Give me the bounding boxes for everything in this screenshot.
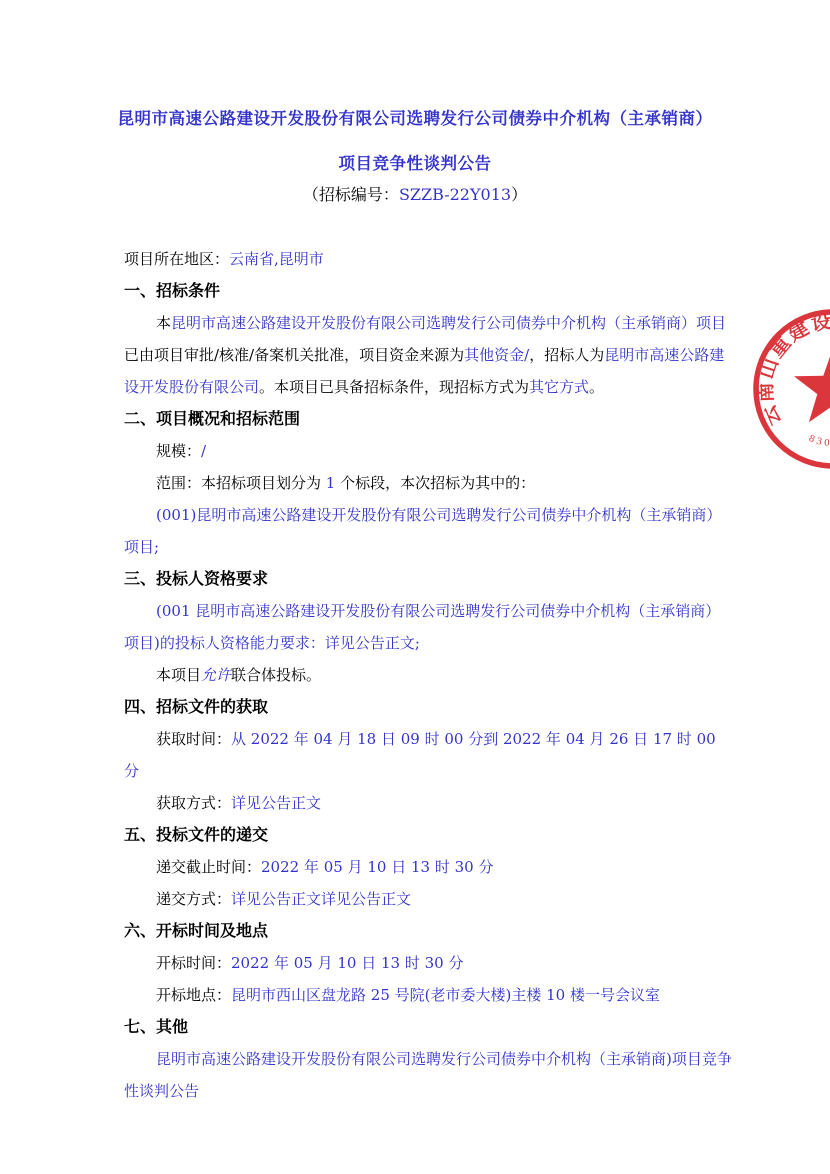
region-label: 项目所在地区： — [124, 250, 229, 268]
jv-prefix: 本项目 — [156, 666, 201, 684]
tender-code-suffix: ） — [511, 185, 527, 204]
lot-description: (001)昆明市高速公路建设开发股份有限公司选聘发行公司债券中介机构（主承销商）… — [124, 499, 732, 563]
submit-deadline-value: 2022 年 05 月 10 日 13 时 30 分 — [261, 858, 493, 876]
section-4-heading: 四、招标文件的获取 — [124, 691, 732, 723]
seal-star-icon — [794, 348, 830, 422]
s1-period: 。 — [589, 378, 604, 396]
section-3-heading: 三、投标人资格要求 — [124, 563, 732, 595]
scale-label: 规模： — [156, 442, 201, 460]
s1-project-name: 昆明市高速公路建设开发股份有限公司选聘发行公司债券中介机构（主承销商）项目 — [171, 314, 726, 332]
joint-venture-line: 本项目允许联合体投标。 — [124, 659, 732, 691]
obtain-method-line: 获取方式：详见公告正文 — [124, 787, 732, 819]
seal-serial-number: 830100 — [807, 434, 830, 449]
seal-circle — [756, 312, 830, 466]
submit-method-line: 递交方式：详见公告正文详见公告正文 — [124, 883, 732, 915]
s1-prefix: 本 — [156, 314, 171, 332]
svg-text:云南山重建设工程: 云南山重建设工程 — [753, 308, 830, 430]
open-place-label: 开标地点： — [156, 986, 231, 1004]
company-seal-stamp: 云南山重建设工程 830100 — [747, 303, 830, 475]
open-place-value: 昆明市西山区盘龙路 25 号院(老市委大楼)主楼 10 楼一号会议室 — [231, 986, 660, 1004]
s1-condition-text: 。本项目已具备招标条件，现招标方式为 — [259, 378, 529, 396]
other-paragraph: 昆明市高速公路建设开发股份有限公司选聘发行公司债券中介机构（主承销商)项目竞争性… — [124, 1043, 732, 1107]
submit-deadline-line: 递交截止时间：2022 年 05 月 10 日 13 时 30 分 — [124, 851, 732, 883]
open-time-line: 开标时间：2022 年 05 月 10 日 13 时 30 分 — [124, 947, 732, 979]
scope-line: 范围：本招标项目划分为 1 个标段，本次招标为其中的： — [124, 467, 732, 499]
submit-deadline-label: 递交截止时间： — [156, 858, 261, 876]
doc-title-line1: 昆明市高速公路建设开发股份有限公司选聘发行公司债券中介机构（主承销商） — [0, 0, 830, 131]
s1-approval-text: 已由项目审批/核准/备案机关批准，项目资金来源为 — [124, 346, 464, 364]
s1-tender-method: 其它方式 — [529, 378, 589, 396]
scope-rest: 个标段，本次招标为其中的： — [340, 474, 535, 492]
qualification-paragraph: (001 昆明市高速公路建设开发股份有限公司选聘发行公司债券中介机构（主承销商）… — [124, 595, 732, 659]
section-1-paragraph: 本昆明市高速公路建设开发股份有限公司选聘发行公司债券中介机构（主承销商）项目已由… — [124, 307, 732, 403]
document-page: 昆明市高速公路建设开发股份有限公司选聘发行公司债券中介机构（主承销商） 项目竞争… — [0, 0, 830, 1174]
open-time-label: 开标时间： — [156, 954, 231, 972]
section-1-heading: 一、招标条件 — [124, 275, 732, 307]
open-place-line: 开标地点：昆明市西山区盘龙路 25 号院(老市委大楼)主楼 10 楼一号会议室 — [124, 979, 732, 1011]
document-body: 项目所在地区：云南省,昆明市 一、招标条件 本昆明市高速公路建设开发股份有限公司… — [124, 243, 732, 1107]
document-header: 昆明市高速公路建设开发股份有限公司选聘发行公司债券中介机构（主承销商） 项目竞争… — [0, 0, 830, 207]
s1-tenderer-lead: ，招标人为 — [529, 346, 604, 364]
tender-code-value: SZZB-22Y013 — [399, 185, 511, 204]
scope-count: 1 — [321, 474, 340, 492]
section-2-heading: 二、项目概况和招标范围 — [124, 403, 732, 435]
open-time-value: 2022 年 05 月 10 日 13 时 30 分 — [231, 954, 463, 972]
jv-allow-value: 允许 — [201, 666, 231, 684]
obtain-time-label: 获取时间： — [156, 730, 231, 748]
obtain-method-label: 获取方式： — [156, 794, 231, 812]
scale-line: 规模：/ — [124, 435, 732, 467]
scale-value: / — [201, 442, 206, 460]
doc-title-line2: 项目竞争性谈判公告 — [0, 152, 830, 176]
submit-method-value: 详见公告正文详见公告正文 — [231, 890, 411, 908]
s1-funding-source: 其他资金/ — [464, 346, 529, 364]
obtain-method-value: 详见公告正文 — [231, 794, 321, 812]
seal-arc-text: 云南山重建设工程 — [753, 308, 830, 430]
tender-code-line: （招标编号：SZZB-22Y013） — [0, 183, 830, 207]
svg-text:830100: 830100 — [807, 434, 830, 449]
submit-method-label: 递交方式： — [156, 890, 231, 908]
tender-code-prefix: （招标编号： — [303, 185, 399, 204]
jv-suffix: 联合体投标。 — [231, 666, 321, 684]
scope-label: 范围：本招标项目划分为 — [156, 474, 321, 492]
section-5-heading: 五、投标文件的递交 — [124, 819, 732, 851]
seal-svg: 云南山重建设工程 830100 — [747, 303, 830, 475]
section-6-heading: 六、开标时间及地点 — [124, 915, 732, 947]
section-7-heading: 七、其他 — [124, 1011, 732, 1043]
obtain-time-line: 获取时间：从 2022 年 04 月 18 日 09 时 00 分到 2022 … — [124, 723, 732, 787]
region-value: 云南省,昆明市 — [229, 250, 324, 268]
region-line: 项目所在地区：云南省,昆明市 — [124, 243, 732, 275]
